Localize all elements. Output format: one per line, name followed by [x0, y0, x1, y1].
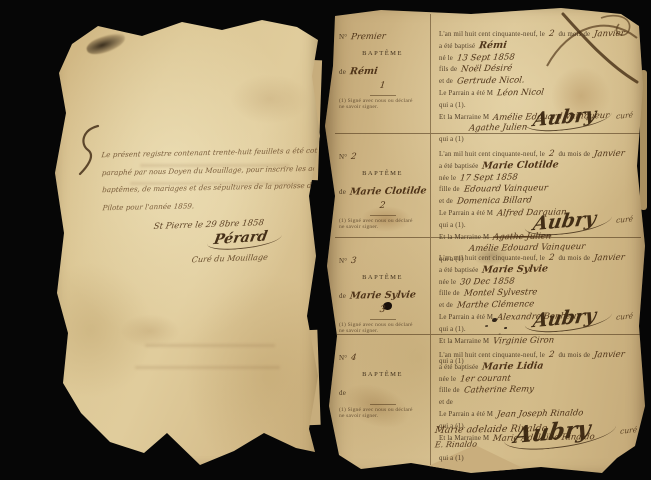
bleed-through-mark [135, 366, 280, 369]
mother-line: et de [439, 396, 637, 408]
record-name-row: de [339, 382, 426, 400]
month-label: du mois de [558, 352, 590, 359]
paper-stain [230, 74, 310, 124]
record-main-column: L'an mil huit cent cinquante-neuf, le 2 … [430, 14, 641, 133]
record-name-row: de Marie Sylvie [339, 285, 426, 303]
godfather-line: Le Parrain a été M Léon Nicol [439, 87, 637, 99]
qui-a-line-2: qui a (1) [439, 452, 637, 464]
father-value: Noël Désiré [461, 65, 513, 75]
bleed-through-mark [145, 344, 275, 347]
father-value: Edouard Vainqueur [463, 185, 548, 195]
record-heading: BAPTÊME [339, 50, 426, 57]
year-label: L'an mil huit cent cinquante-neuf, le [439, 352, 545, 359]
mother-line: et de Gertrude Nicol. [439, 75, 637, 87]
year-line: L'an mil huit cent cinquante-neuf, le 2 … [439, 148, 637, 160]
record-sub-mark: 1 [338, 80, 426, 92]
year-label: L'an mil huit cent cinquante-neuf, le [439, 151, 545, 158]
record-number-label: N° [339, 354, 347, 362]
ink-smudge [85, 30, 128, 58]
birth-line: née le 30 Dec 1858 [439, 276, 637, 288]
month-label: du mois de [558, 255, 590, 262]
day-value: 2 [548, 30, 555, 39]
record-number-value: 4 [351, 353, 358, 363]
month-value: Janvier [594, 351, 626, 360]
month-label: du mois de [558, 31, 590, 38]
father-line: fille de Edouard Vainqueur [439, 183, 637, 195]
record-de-label: de [339, 292, 346, 300]
baptized-line: a été baptisée Marie Sylvie [439, 264, 637, 276]
father-line: fille de Catherine Remy [439, 384, 637, 396]
birth-date-value: 1er courant [460, 374, 512, 384]
baptism-record: N° 2 BAPTÊME de Marie Clotilde 2 (1) Sig… [335, 134, 641, 238]
record-heading: BAPTÊME [339, 371, 426, 378]
baptized-line: a été baptisée Marie Clotilde [439, 160, 637, 172]
day-value: 2 [548, 150, 555, 159]
born-label: née le [439, 376, 456, 383]
baptism-record: N° Premier BAPTÊME de Rémi 1 (1) Signé a… [335, 14, 641, 134]
record-number-row: N° 3 [339, 250, 426, 268]
baptized-name: Marie Clotilde [482, 161, 560, 171]
record-main-column: L'an mil huit cent cinquante-neuf, le 2 … [430, 335, 641, 465]
record-footnote: (1) Signé avec nous ou déclaré ne savoir… [339, 407, 417, 419]
record-number-value: 2 [351, 152, 358, 162]
register-scan: Le présent registre contenant trente-hui… [0, 0, 651, 480]
qui-a-label: qui a (1). [439, 326, 466, 333]
left-page: Le présent registre contenant trente-hui… [50, 14, 322, 466]
record-heading: BAPTÊME [339, 170, 426, 177]
godfather-value: Léon Nicol [497, 89, 545, 99]
margin-rule [370, 319, 396, 320]
baptized-line: a été baptisée Marie Lidia [439, 361, 637, 373]
mother-value: Marthe Clémence [456, 301, 534, 311]
record-number-value: 3 [351, 256, 358, 266]
record-heading: BAPTÊME [339, 274, 426, 281]
paper-stain [120, 314, 180, 348]
godfather-label: Le Parrain a été M [439, 411, 493, 418]
qui-a-label: qui a (1). [439, 222, 466, 229]
birth-date-value: 17 Sept 1858 [460, 173, 519, 183]
godmother-label: Et la Marraine M [439, 114, 489, 121]
birth-line: né le 13 Sept 1858 [439, 52, 637, 64]
month-value: Janvier [594, 254, 626, 263]
record-number-label: N° [339, 153, 347, 161]
record-margin-column: N° Premier BAPTÊME de Rémi 1 (1) Signé a… [335, 14, 430, 133]
year-line: L'an mil huit cent cinquante-neuf, le 2 … [439, 252, 637, 264]
year-line: L'an mil huit cent cinquante-neuf, le 2 … [439, 28, 637, 40]
record-margin-column: N° 2 BAPTÊME de Marie Clotilde 2 (1) Sig… [335, 134, 430, 237]
mother-value: Gertrude Nicol. [456, 77, 525, 87]
mother-label: et de [439, 78, 453, 85]
record-number-row: N° 4 [339, 347, 426, 365]
record-margin-column: N° 3 BAPTÊME de Marie Sylvie 3 (1) Signé… [335, 238, 430, 334]
baptized-line: a été baptisé Rémi [439, 40, 637, 52]
father-line: fille de Montel Sylvestre [439, 287, 637, 299]
godfather-label: Le Parrain a été M [439, 314, 493, 321]
baptized-name: Marie Sylvie [482, 265, 549, 275]
record-footnote: (1) Signé avec nous ou déclaré ne savoir… [339, 322, 417, 334]
qui-a-label-2: qui a (1) [439, 455, 464, 462]
godfather-label: Le Parrain a été M [439, 90, 493, 97]
record-margin-name: Marie Sylvie [349, 289, 416, 301]
records: N° Premier BAPTÊME de Rémi 1 (1) Signé a… [321, 6, 647, 475]
baptized-name: Rémi [479, 42, 508, 51]
year-line: L'an mil huit cent cinquante-neuf, le 2 … [439, 349, 637, 361]
record-name-row: de Marie Clotilde [339, 181, 426, 199]
record-number-label: N° [339, 33, 347, 41]
birth-date-value: 30 Dec 1858 [460, 277, 516, 287]
baptized-label: a été baptisé [439, 43, 475, 50]
mother-label: et de [439, 198, 453, 205]
baptism-record: N° 3 BAPTÊME de Marie Sylvie 3 (1) Signé… [335, 238, 641, 335]
record-margin-name: Rémi [349, 66, 378, 77]
godmother-extra-value: Agathe Julien [468, 124, 527, 134]
record-de-label: de [339, 68, 346, 76]
baptism-record: N° 4 BAPTÊME de (1) Signé avec nous ou d… [335, 335, 641, 465]
day-value: 2 [548, 351, 555, 360]
priest-signature-title: curé [616, 110, 633, 121]
record-name-row: de Rémi [339, 61, 426, 79]
born-label: né le [439, 55, 453, 62]
mother-label: et de [439, 399, 453, 406]
birth-date-value: 13 Sept 1858 [456, 53, 515, 63]
born-label: née le [439, 279, 456, 286]
mother-line: et de Domenica Billard [439, 195, 637, 207]
record-footnote: (1) Signé avec nous ou déclaré ne savoir… [339, 98, 417, 110]
margin-rule [370, 404, 396, 405]
record-sub-mark: 3 [338, 304, 426, 316]
birth-line: née le 1er courant [439, 373, 637, 385]
record-main-column: L'an mil huit cent cinquante-neuf, le 2 … [430, 238, 641, 334]
birth-line: née le 17 Sept 1858 [439, 172, 637, 184]
father-value: Montel Sylvestre [463, 289, 537, 299]
record-sub-mark [339, 401, 426, 403]
priest-signature-title: curé [616, 311, 633, 322]
flourish-mark [78, 122, 104, 178]
right-page: N° Premier BAPTÊME de Rémi 1 (1) Signé a… [321, 6, 647, 475]
margin-rule [370, 215, 396, 216]
record-margin-column: N° 4 BAPTÊME de (1) Signé avec nous ou d… [335, 335, 430, 465]
mother-value: Domenica Billard [456, 197, 532, 207]
mother-label: et de [439, 302, 453, 309]
record-main-column: L'an mil huit cent cinquante-neuf, le 2 … [430, 134, 641, 237]
born-label: née le [439, 175, 456, 182]
record-de-label: de [339, 188, 346, 196]
year-label: L'an mil huit cent cinquante-neuf, le [439, 31, 545, 38]
priest-signature-title: curé [620, 425, 637, 436]
attestation-paragraph: Le présent registre contenant trente-hui… [101, 142, 314, 216]
year-label: L'an mil huit cent cinquante-neuf, le [439, 255, 545, 262]
father-line: fils de Noël Désiré [439, 63, 637, 75]
attestation-signature: Pérard [206, 227, 283, 251]
record-number-label: N° [339, 257, 347, 265]
record-de-label: de [339, 389, 346, 397]
record-margin-name: Marie Clotilde [349, 185, 427, 197]
record-sub-mark: 2 [338, 200, 426, 212]
record-footnote: (1) Signé avec nous ou déclaré ne savoir… [339, 218, 417, 230]
priest-signature-title: curé [616, 214, 633, 225]
record-number-row: N° Premier [339, 26, 426, 44]
record-number-value: Premier [351, 32, 387, 43]
godfather-label: Le Parrain a été M [439, 210, 493, 217]
father-value: Catherine Remy [463, 386, 534, 396]
margin-rule [370, 95, 396, 96]
month-label: du mois de [558, 151, 590, 158]
attestation-signature-title: Curé du Mouillage [191, 253, 268, 265]
qui-a-label: qui a (1). [439, 102, 466, 109]
extra-signature-2: E. Rinaldo [434, 440, 477, 450]
baptized-name: Marie Lidia [482, 362, 545, 372]
record-number-row: N° 2 [339, 146, 426, 164]
month-value: Janvier [594, 30, 626, 39]
attestation-line: Pilote pour l'année 1859. [102, 194, 315, 216]
day-value: 2 [548, 254, 555, 263]
month-value: Janvier [594, 150, 626, 159]
